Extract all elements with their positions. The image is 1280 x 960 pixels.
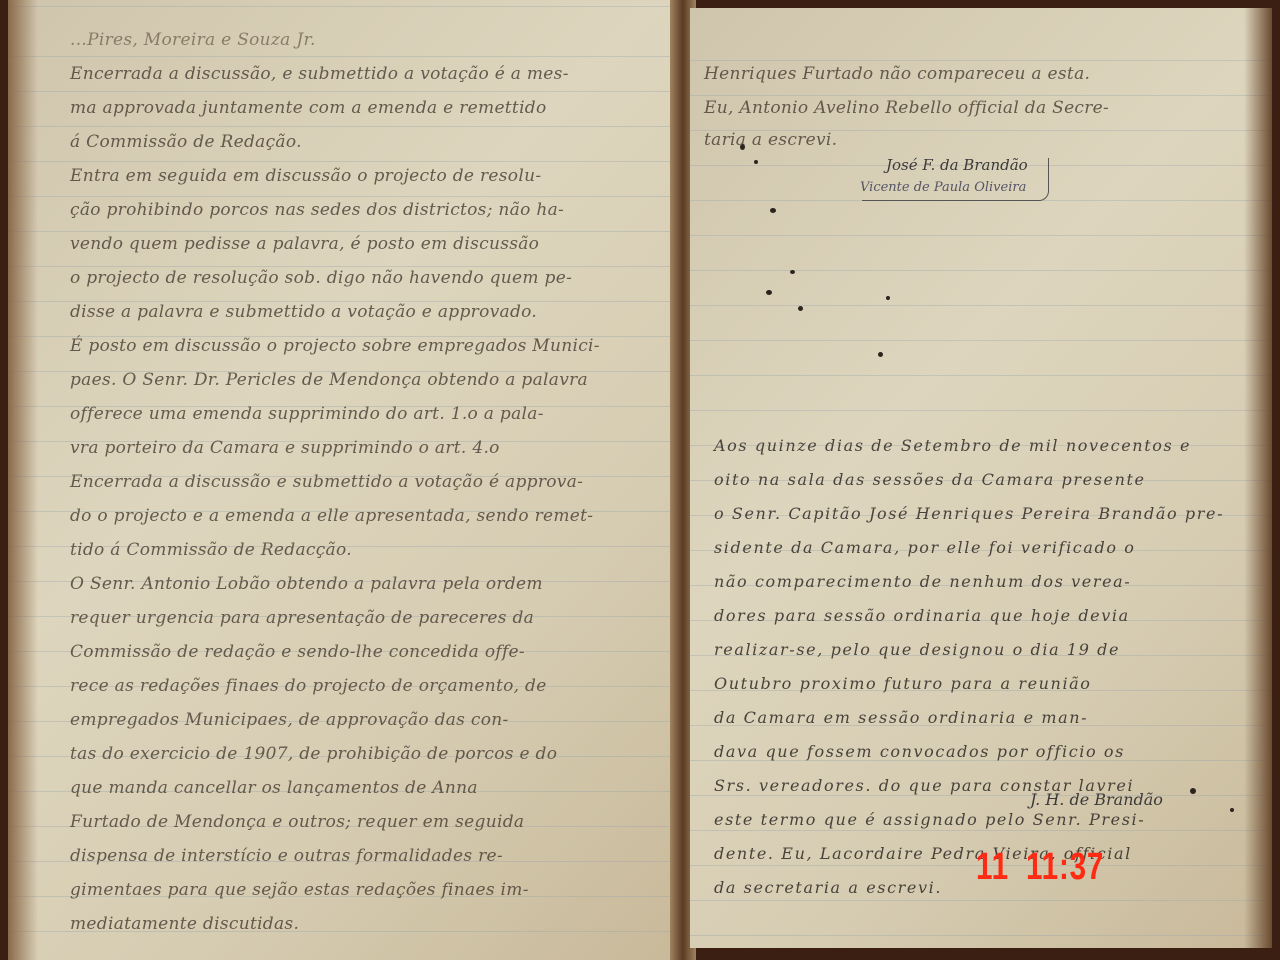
signature-flourish — [862, 158, 1049, 201]
open-ledger-book: ...Pires, Moreira e Souza Jr. Encerrada … — [0, 0, 1280, 960]
handwritten-line: da secretaria a escrevi. — [714, 878, 942, 897]
handwritten-line: rece as redações finaes do projecto de o… — [70, 676, 547, 696]
timestamp-time: 11:37 — [1026, 846, 1104, 888]
timestamp-day: 11 — [976, 846, 1009, 888]
handwritten-line: mediatamente discutidas. — [70, 914, 299, 934]
handwritten-line: vra porteiro da Camara e supprimindo o a… — [70, 438, 500, 458]
handwritten-line: Henriques Furtado não compareceu a esta. — [704, 64, 1090, 84]
handwritten-line: sidente da Camara, por elle foi verifica… — [714, 538, 1135, 557]
ink-spot — [1190, 788, 1196, 794]
left-page-text: ...Pires, Moreira e Souza Jr. Encerrada … — [8, 0, 676, 960]
ink-spot — [1230, 808, 1234, 812]
handwritten-line: paes. O Senr. Dr. Pericles de Mendonça o… — [70, 370, 588, 390]
handwritten-line: oito na sala das sessões da Camara prese… — [714, 470, 1146, 489]
handwritten-line: requer urgencia para apresentação de par… — [70, 608, 534, 628]
handwritten-line: O Senr. Antonio Lobão obtendo a palavra … — [70, 574, 543, 594]
handwritten-line: do o projecto e a emenda a elle apresent… — [70, 506, 593, 526]
handwritten-line: realizar-se, pelo que designou o dia 19 … — [714, 640, 1120, 659]
left-page: ...Pires, Moreira e Souza Jr. Encerrada … — [8, 0, 676, 960]
handwritten-line: da Camara em sessão ordinaria e man- — [714, 708, 1088, 727]
handwritten-line: Encerrada a discussão e submettido a vot… — [70, 472, 583, 492]
handwritten-line: que manda cancellar os lançamentos de An… — [70, 778, 478, 798]
handwritten-line: Outubro proximo futuro para a reunião — [714, 674, 1092, 693]
handwritten-line: empregados Municipaes, de approvação das… — [70, 710, 509, 730]
handwritten-line: o projecto de resolução sob. digo não ha… — [70, 268, 572, 288]
ink-spot — [770, 208, 776, 213]
handwritten-line: Aos quinze dias de Setembro de mil novec… — [714, 436, 1191, 455]
handwritten-line: Encerrada a discussão, e submettido a vo… — [70, 64, 569, 84]
handwritten-line: este termo que é assignado pelo Senr. Pr… — [714, 810, 1145, 829]
right-page-text: Henriques Furtado não compareceu a esta.… — [690, 8, 1272, 948]
handwritten-line: Commissão de redação e sendo-lhe concedi… — [70, 642, 525, 662]
handwritten-line: vendo quem pedisse a palavra, é posto em… — [70, 234, 539, 254]
handwritten-line: taria a escrevi. — [704, 130, 837, 150]
handwritten-line: tido á Commissão de Redacção. — [70, 540, 352, 560]
handwritten-line: Furtado de Mendonça e outros; requer em … — [70, 812, 524, 832]
handwritten-line: É posto em discussão o projecto sobre em… — [70, 336, 600, 356]
handwritten-line: dispensa de interstício e outras formali… — [70, 846, 503, 866]
handwritten-line: disse a palavra e submettido a votação e… — [70, 302, 537, 322]
handwritten-line: á Commissão de Redação. — [70, 132, 302, 152]
handwritten-line: ção prohibindo porcos nas sedes dos dist… — [70, 200, 564, 220]
handwritten-line: ...Pires, Moreira e Souza Jr. — [70, 30, 316, 50]
ink-spot — [754, 160, 758, 164]
handwritten-line: Entra em seguida em discussão o projecto… — [70, 166, 541, 186]
ink-spot — [878, 352, 883, 357]
handwritten-line: ma approvada juntamente com a emenda e r… — [70, 98, 547, 118]
handwritten-line: gimentaes para que sejão estas redações … — [70, 880, 529, 900]
handwritten-line: o Senr. Capitão José Henriques Pereira B… — [714, 504, 1224, 523]
signature-lower: J. H. de Brandão — [1030, 790, 1163, 809]
handwritten-line: dores para sessão ordinaria que hoje dev… — [714, 606, 1130, 625]
handwritten-line: dava que fossem convocados por officio o… — [714, 742, 1125, 761]
handwritten-line: Eu, Antonio Avelino Rebello official da … — [704, 98, 1109, 118]
ink-spot — [798, 306, 803, 311]
handwritten-line: tas do exercicio de 1907, de prohibição … — [70, 744, 557, 764]
handwritten-line: não comparecimento de nenhum dos verea- — [714, 572, 1131, 591]
right-page: Henriques Furtado não compareceu a esta.… — [690, 8, 1272, 948]
ink-spot — [886, 296, 890, 300]
ink-spot — [766, 290, 772, 295]
handwritten-line: offerece uma emenda supprimindo do art. … — [70, 404, 544, 424]
ink-spot — [740, 144, 745, 150]
camera-timestamp-overlay: 1111:37 — [976, 846, 1121, 889]
ink-spot — [790, 270, 795, 274]
